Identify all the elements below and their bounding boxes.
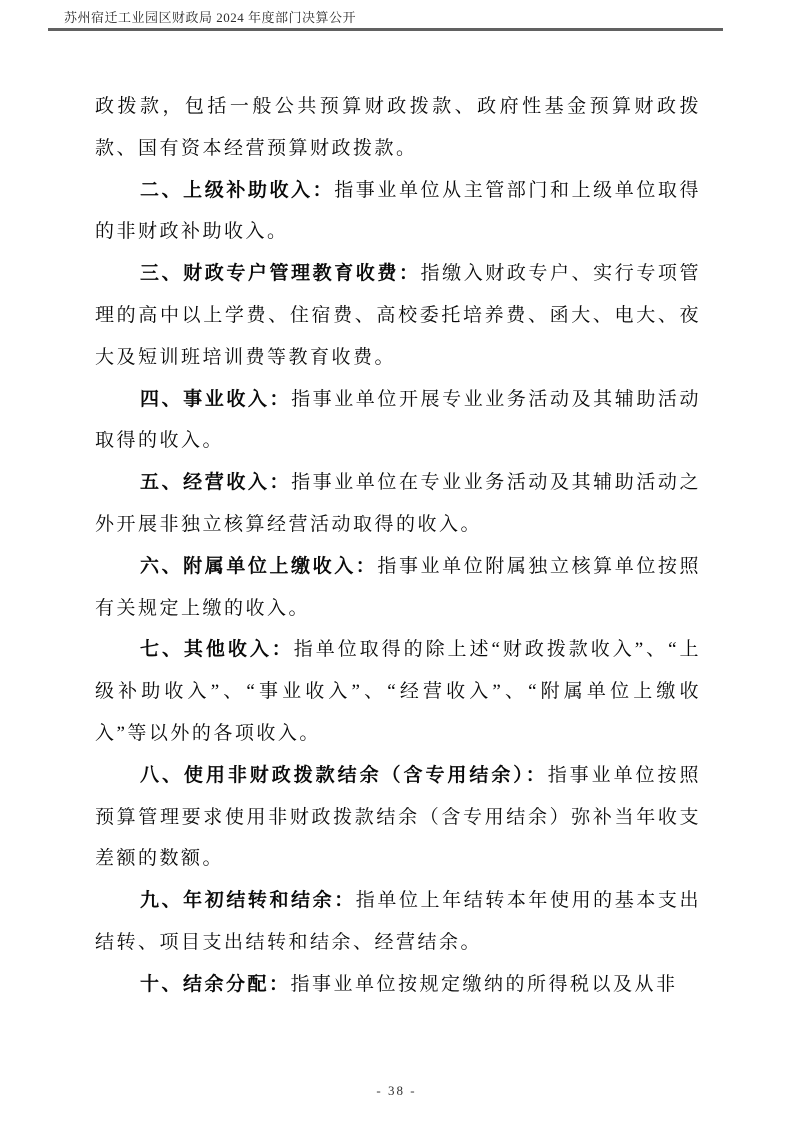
paragraph: 三、财政专户管理教育收费：指缴入财政专户、实行专项管理的高中以上学费、住宿费、高… <box>95 253 701 378</box>
paragraph: 十、结余分配：指事业单位按规定缴纳的所得税以及从非 <box>95 964 701 1006</box>
header-title: 苏州宿迁工业园区财政局 2024 年度部门决算公开 <box>64 9 356 26</box>
paragraph-heading: 十、结余分配： <box>140 974 291 995</box>
paragraph-text: 政拨款，包括一般公共预算财政拨款、政府性基金预算财政拨款、国有资本经营预算财政拨… <box>95 96 701 159</box>
paragraph: 五、经营收入：指事业单位在专业业务活动及其辅助活动之外开展非独立核算经营活动取得… <box>95 462 701 546</box>
paragraph-heading: 三、财政专户管理教育收费： <box>140 263 421 284</box>
paragraph-heading: 五、经营收入： <box>140 472 291 493</box>
paragraph-heading: 八、使用非财政拨款结余（含专用结余）： <box>140 765 548 786</box>
page-number: - 38 - <box>376 1083 416 1098</box>
paragraph: 九、年初结转和结余：指单位上年结转本年使用的基本支出结转、项目支出结转和结余、经… <box>95 880 701 964</box>
paragraph: 六、附属单位上缴收入：指事业单位附属独立核算单位按照有关规定上缴的收入。 <box>95 546 701 630</box>
paragraph-text: 指事业单位按规定缴纳的所得税以及从非 <box>291 974 678 995</box>
paragraph-heading: 七、其他收入： <box>140 639 294 660</box>
paragraph: 四、事业收入：指事业单位开展专业业务活动及其辅助活动取得的收入。 <box>95 379 701 463</box>
header-rule <box>48 28 723 31</box>
paragraph-heading: 二、上级补助收入： <box>140 180 334 201</box>
document-body: 政拨款，包括一般公共预算财政拨款、政府性基金预算财政拨款、国有资本经营预算财政拨… <box>95 86 701 1006</box>
paragraph-heading: 四、事业收入： <box>140 389 291 410</box>
page-footer: - 38 - <box>0 1083 793 1099</box>
paragraph-heading: 九、年初结转和结余： <box>140 890 356 911</box>
document-page: 苏州宿迁工业园区财政局 2024 年度部门决算公开 政拨款，包括一般公共预算财政… <box>0 0 793 1122</box>
paragraph: 二、上级补助收入：指事业单位从主管部门和上级单位取得的非财政补助收入。 <box>95 170 701 254</box>
paragraph-heading: 六、附属单位上缴收入： <box>140 556 377 577</box>
paragraph: 政拨款，包括一般公共预算财政拨款、政府性基金预算财政拨款、国有资本经营预算财政拨… <box>95 86 701 170</box>
paragraph: 七、其他收入：指单位取得的除上述“财政拨款收入”、“上级补助收入”、“事业收入”… <box>95 629 701 754</box>
paragraph: 八、使用非财政拨款结余（含专用结余）：指事业单位按照预算管理要求使用非财政拨款结… <box>95 755 701 880</box>
